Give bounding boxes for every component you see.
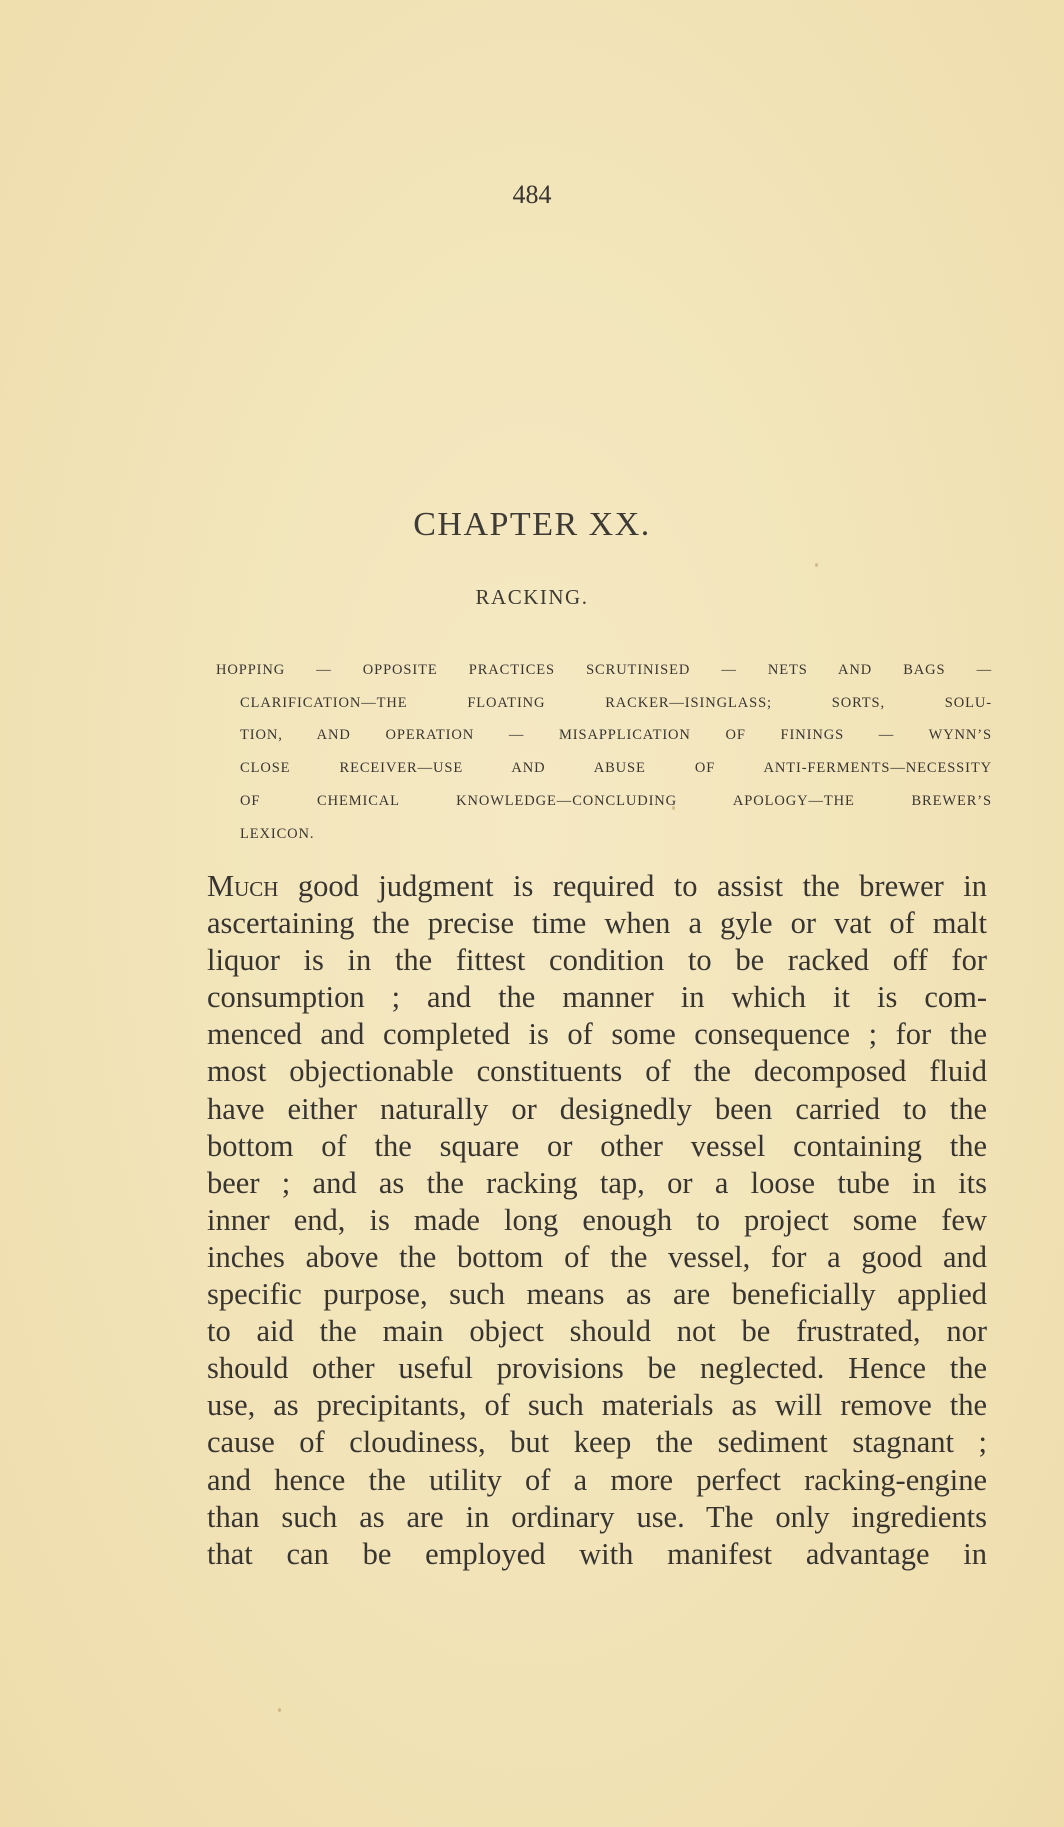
summary-line: OF CHEMICAL KNOWLEDGE—CONCLUDING APOLOGY… bbox=[216, 785, 992, 818]
summary-line: HOPPING — OPPOSITE PRACTICES SCRUTINISED… bbox=[216, 654, 992, 687]
body-line: specific purpose, such means as are bene… bbox=[207, 1276, 987, 1313]
drop-word: Much bbox=[207, 869, 278, 903]
body-line: have either naturally or designedly been… bbox=[207, 1091, 987, 1128]
body-line: bottom of the square or other vessel con… bbox=[207, 1128, 987, 1165]
body-line: ascertaining the precise time when a gyl… bbox=[207, 905, 987, 942]
body-line: beer ; and as the racking tap, or a loos… bbox=[207, 1165, 987, 1202]
chapter-summary: HOPPING — OPPOSITE PRACTICES SCRUTINISED… bbox=[216, 654, 992, 850]
body-line: and hence the utility of a more perfect … bbox=[207, 1462, 987, 1499]
body-line: to aid the main object should not be fru… bbox=[207, 1313, 987, 1350]
section-title: RACKING. bbox=[0, 585, 1064, 610]
body-paragraph: Much good judgment is required to assist… bbox=[207, 868, 987, 1573]
chapter-title: CHAPTER XX. bbox=[0, 506, 1064, 544]
body-line: should other useful provisions be neglec… bbox=[207, 1350, 987, 1387]
page-number: 484 bbox=[0, 180, 1064, 210]
body-line: that can be employed with manifest advan… bbox=[207, 1536, 987, 1573]
book-page: ​ 484 CHAPTER XX. RACKING. HOPPING — OPP… bbox=[0, 0, 1064, 1827]
paper-speck bbox=[672, 806, 675, 810]
summary-line: CLARIFICATION—THE FLOATING RACKER—ISINGL… bbox=[216, 687, 992, 720]
paper-speck bbox=[278, 1708, 281, 1712]
body-line: inches above the bottom of the vessel, f… bbox=[207, 1239, 987, 1276]
paper-speck bbox=[815, 563, 818, 567]
body-line: liquor is in the fittest condition to be… bbox=[207, 942, 987, 979]
body-line: most objectionable constituents of the d… bbox=[207, 1053, 987, 1090]
body-line: consumption ; and the manner in which it… bbox=[207, 979, 987, 1016]
summary-line: CLOSE RECEIVER—USE AND ABUSE OF ANTI-FER… bbox=[216, 752, 992, 785]
summary-line: LEXICON. bbox=[216, 818, 992, 851]
body-line: Much good judgment is required to assist… bbox=[207, 868, 987, 905]
body-line: menced and completed is of some conseque… bbox=[207, 1016, 987, 1053]
body-line-text: good judgment is required to assist the … bbox=[278, 869, 987, 903]
body-line: inner end, is made long enough to projec… bbox=[207, 1202, 987, 1239]
reverse-page-bleed-through: ​ bbox=[216, 225, 996, 265]
body-line: than such as are in ordinary use. The on… bbox=[207, 1499, 987, 1536]
summary-line: TION, AND OPERATION — MISAPPLICATION OF … bbox=[216, 719, 992, 752]
body-line: cause of cloudiness, but keep the sedime… bbox=[207, 1424, 987, 1461]
body-line: use, as precipitants, of such materials … bbox=[207, 1387, 987, 1424]
